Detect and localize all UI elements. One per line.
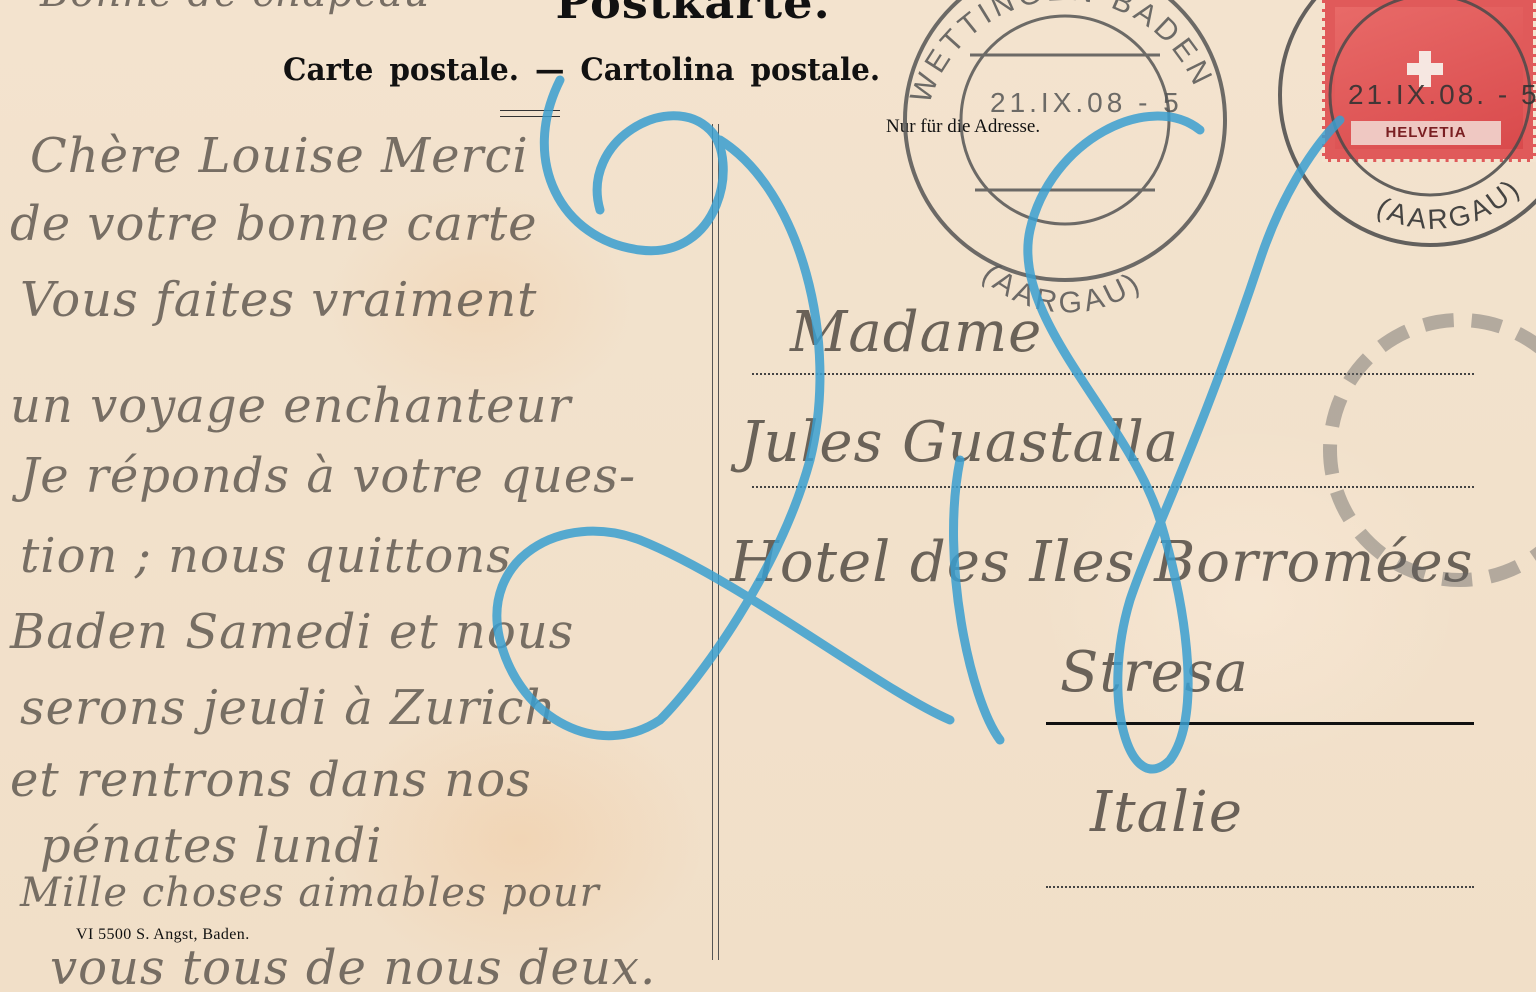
postmark-date: 21.IX.08. - 5	[1348, 79, 1536, 110]
postmark-faint	[1330, 320, 1536, 580]
postmark-overlay: WETTINGEN-BADEN (AARGAU) 21.IX.08 - 5 21…	[0, 0, 1536, 992]
postmark-region-text: (AARGAU)	[976, 257, 1148, 320]
svg-text:(AARGAU): (AARGAU)	[976, 257, 1148, 320]
